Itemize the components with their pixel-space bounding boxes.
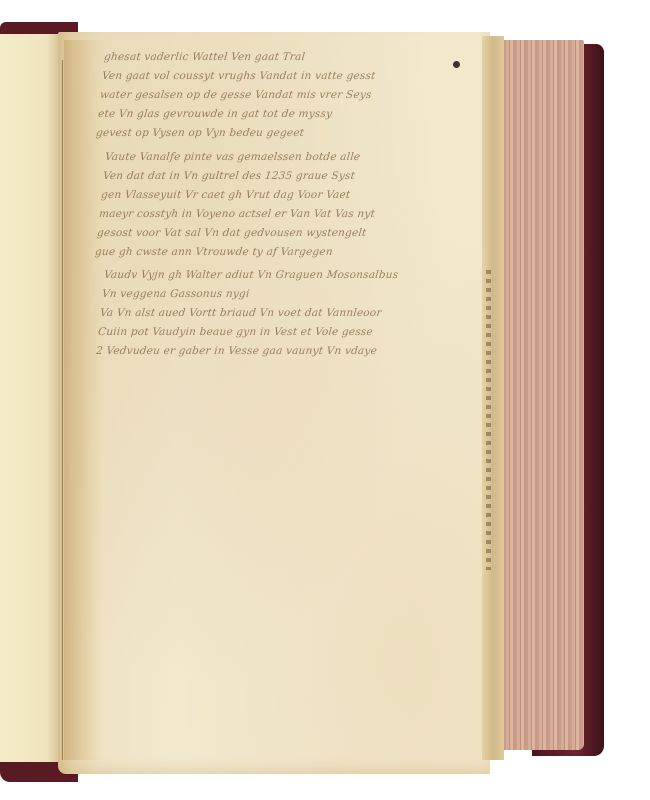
gutter-line [62,60,63,760]
handwriting-line: water gesalsen op de gesse Vandat mis vr… [99,86,471,105]
page-stack-fore-edge [504,40,584,750]
edge-bleedthrough-text [486,270,491,570]
handwriting-line: Vaute Vanalfe pinte vas gemaelssen botde… [104,148,476,167]
handwriting-line: gue gh cwste ann Vtrouwde ty af Vargegen [94,243,466,262]
handwriting-line: Vaudv Vyjn gh Walter adiut Vn Graguen Mo… [103,266,475,285]
handwriting-line: Ven gaat vol coussyt vrughs Vandat in va… [101,67,473,86]
manuscript-page [58,32,490,774]
handwriting-line: ghesat vaderlic Wattel Ven gaat Tral [103,48,475,67]
handwriting-line: Cuiin pot Vaudyin beaue gyn in Vest et V… [97,323,469,342]
handwriting-line: Vn veggena Gassonus nygi [101,285,473,304]
handwriting-line: ete Vn glas gevrouwde in gat tot de myss… [97,105,469,124]
handwriting-line: gesost voor Vat sal Vn dat gedvousen wys… [96,224,468,243]
handwritten-paragraph-2: Vaute Vanalfe pinte vas gemaelssen botde… [94,148,476,262]
handwriting-line: Va Vn alst aued Vortt briaud Vn voet dat… [99,304,471,323]
left-page [0,34,58,762]
handwriting-line: 2 Vedvudeu er gaber in Vesse gaa vaunyt … [95,342,467,361]
handwriting-line: Ven dat dat in Vn gultrel des 1235 graue… [102,167,474,186]
handwriting-line: gen Vlasseyuit Vr caet gh Vrut dag Voor … [100,186,472,205]
gutter-stain [64,40,104,760]
handwriting-line: gevest op Vysen op Vyn bedeu gegeet [95,124,467,143]
handwritten-paragraph-3: Vaudv Vyjn gh Walter adiut Vn Graguen Mo… [95,266,475,361]
handwritten-paragraph-1: ghesat vaderlic Wattel Ven gaat Tral Ven… [95,48,475,143]
handwriting-line: maeyr cosstyh in Voyeno actsel er Van Va… [98,205,470,224]
